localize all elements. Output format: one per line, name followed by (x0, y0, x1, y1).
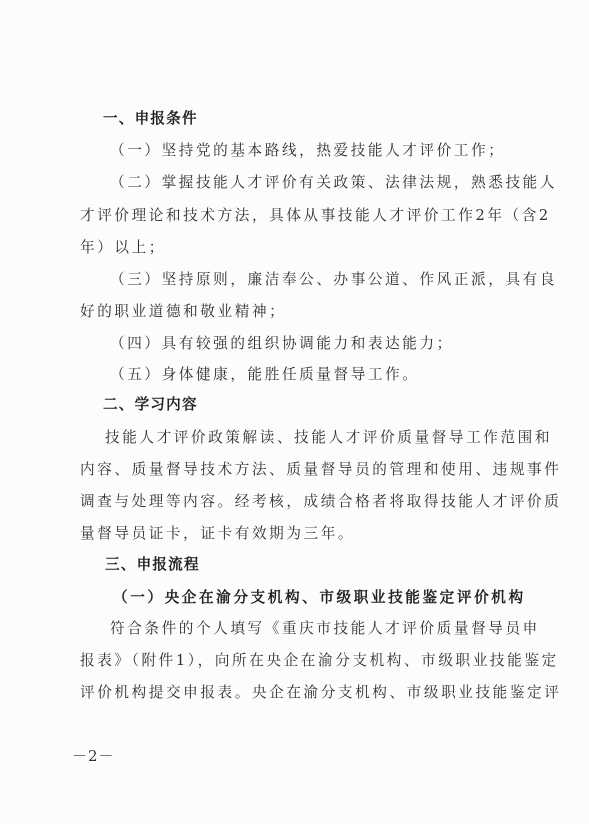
requirement-item-2-line-1: （二）掌握技能人才评价有关政策、法律法规，熟悉技能人 (110, 174, 557, 192)
process-paragraph-line-2: 报表》（附件1），向所在央企在渝分支机构、市级职业技能鉴定 (80, 652, 559, 670)
process-paragraph-line-1: 符合条件的个人填写《重庆市技能人才评价质量督导员申 (110, 620, 540, 638)
requirement-item-5: （五）身体健康，能胜任质量督导工作。 (110, 366, 420, 384)
study-content-line-3: 调查与处理等内容。经考核，成绩合格者将取得技能人才评价质 (80, 493, 561, 511)
section-heading-study-content: 二、学习内容 (103, 396, 198, 414)
page-number: －2－ (72, 745, 115, 766)
requirement-item-2-line-3: 年）以上； (80, 239, 166, 257)
study-content-line-4: 量督导员证卡，证卡有效期为三年。 (80, 525, 355, 543)
requirement-item-3-line-1: （三）坚持原则，廉洁奉公、办事公道、作风正派，具有良 (110, 271, 557, 289)
requirement-item-4: （四）具有较强的组织协调能力和表达能力； (110, 335, 454, 353)
requirement-item-2-line-2: 才评价理论和技术方法，具体从事技能人才评价工作2年（含2 (80, 207, 551, 225)
process-paragraph-line-3: 评价机构提交申报表。央企在渝分支机构、市级职业技能鉴定评 (80, 684, 561, 702)
subsection-heading-central-enterprises: （一）央企在渝分支机构、市级职业技能鉴定评价机构 (113, 589, 526, 607)
section-heading-application-process: 三、申报流程 (105, 556, 200, 574)
requirement-item-1: （一）坚持党的基本路线，热爱技能人才评价工作； (110, 142, 505, 160)
requirement-item-3-line-2: 好的职业道德和敬业精神； (80, 303, 286, 321)
section-heading-requirements: 一、申报条件 (103, 110, 198, 128)
study-content-line-1: 技能人才评价政策解读、技能人才评价质量督导工作范围和 (105, 429, 552, 447)
document-page: 一、申报条件 （一）坚持党的基本路线，热爱技能人才评价工作； （二）掌握技能人才… (0, 0, 589, 824)
study-content-line-2: 内容、质量督导技术方法、质量督导员的管理和使用、违规事件 (80, 461, 561, 479)
